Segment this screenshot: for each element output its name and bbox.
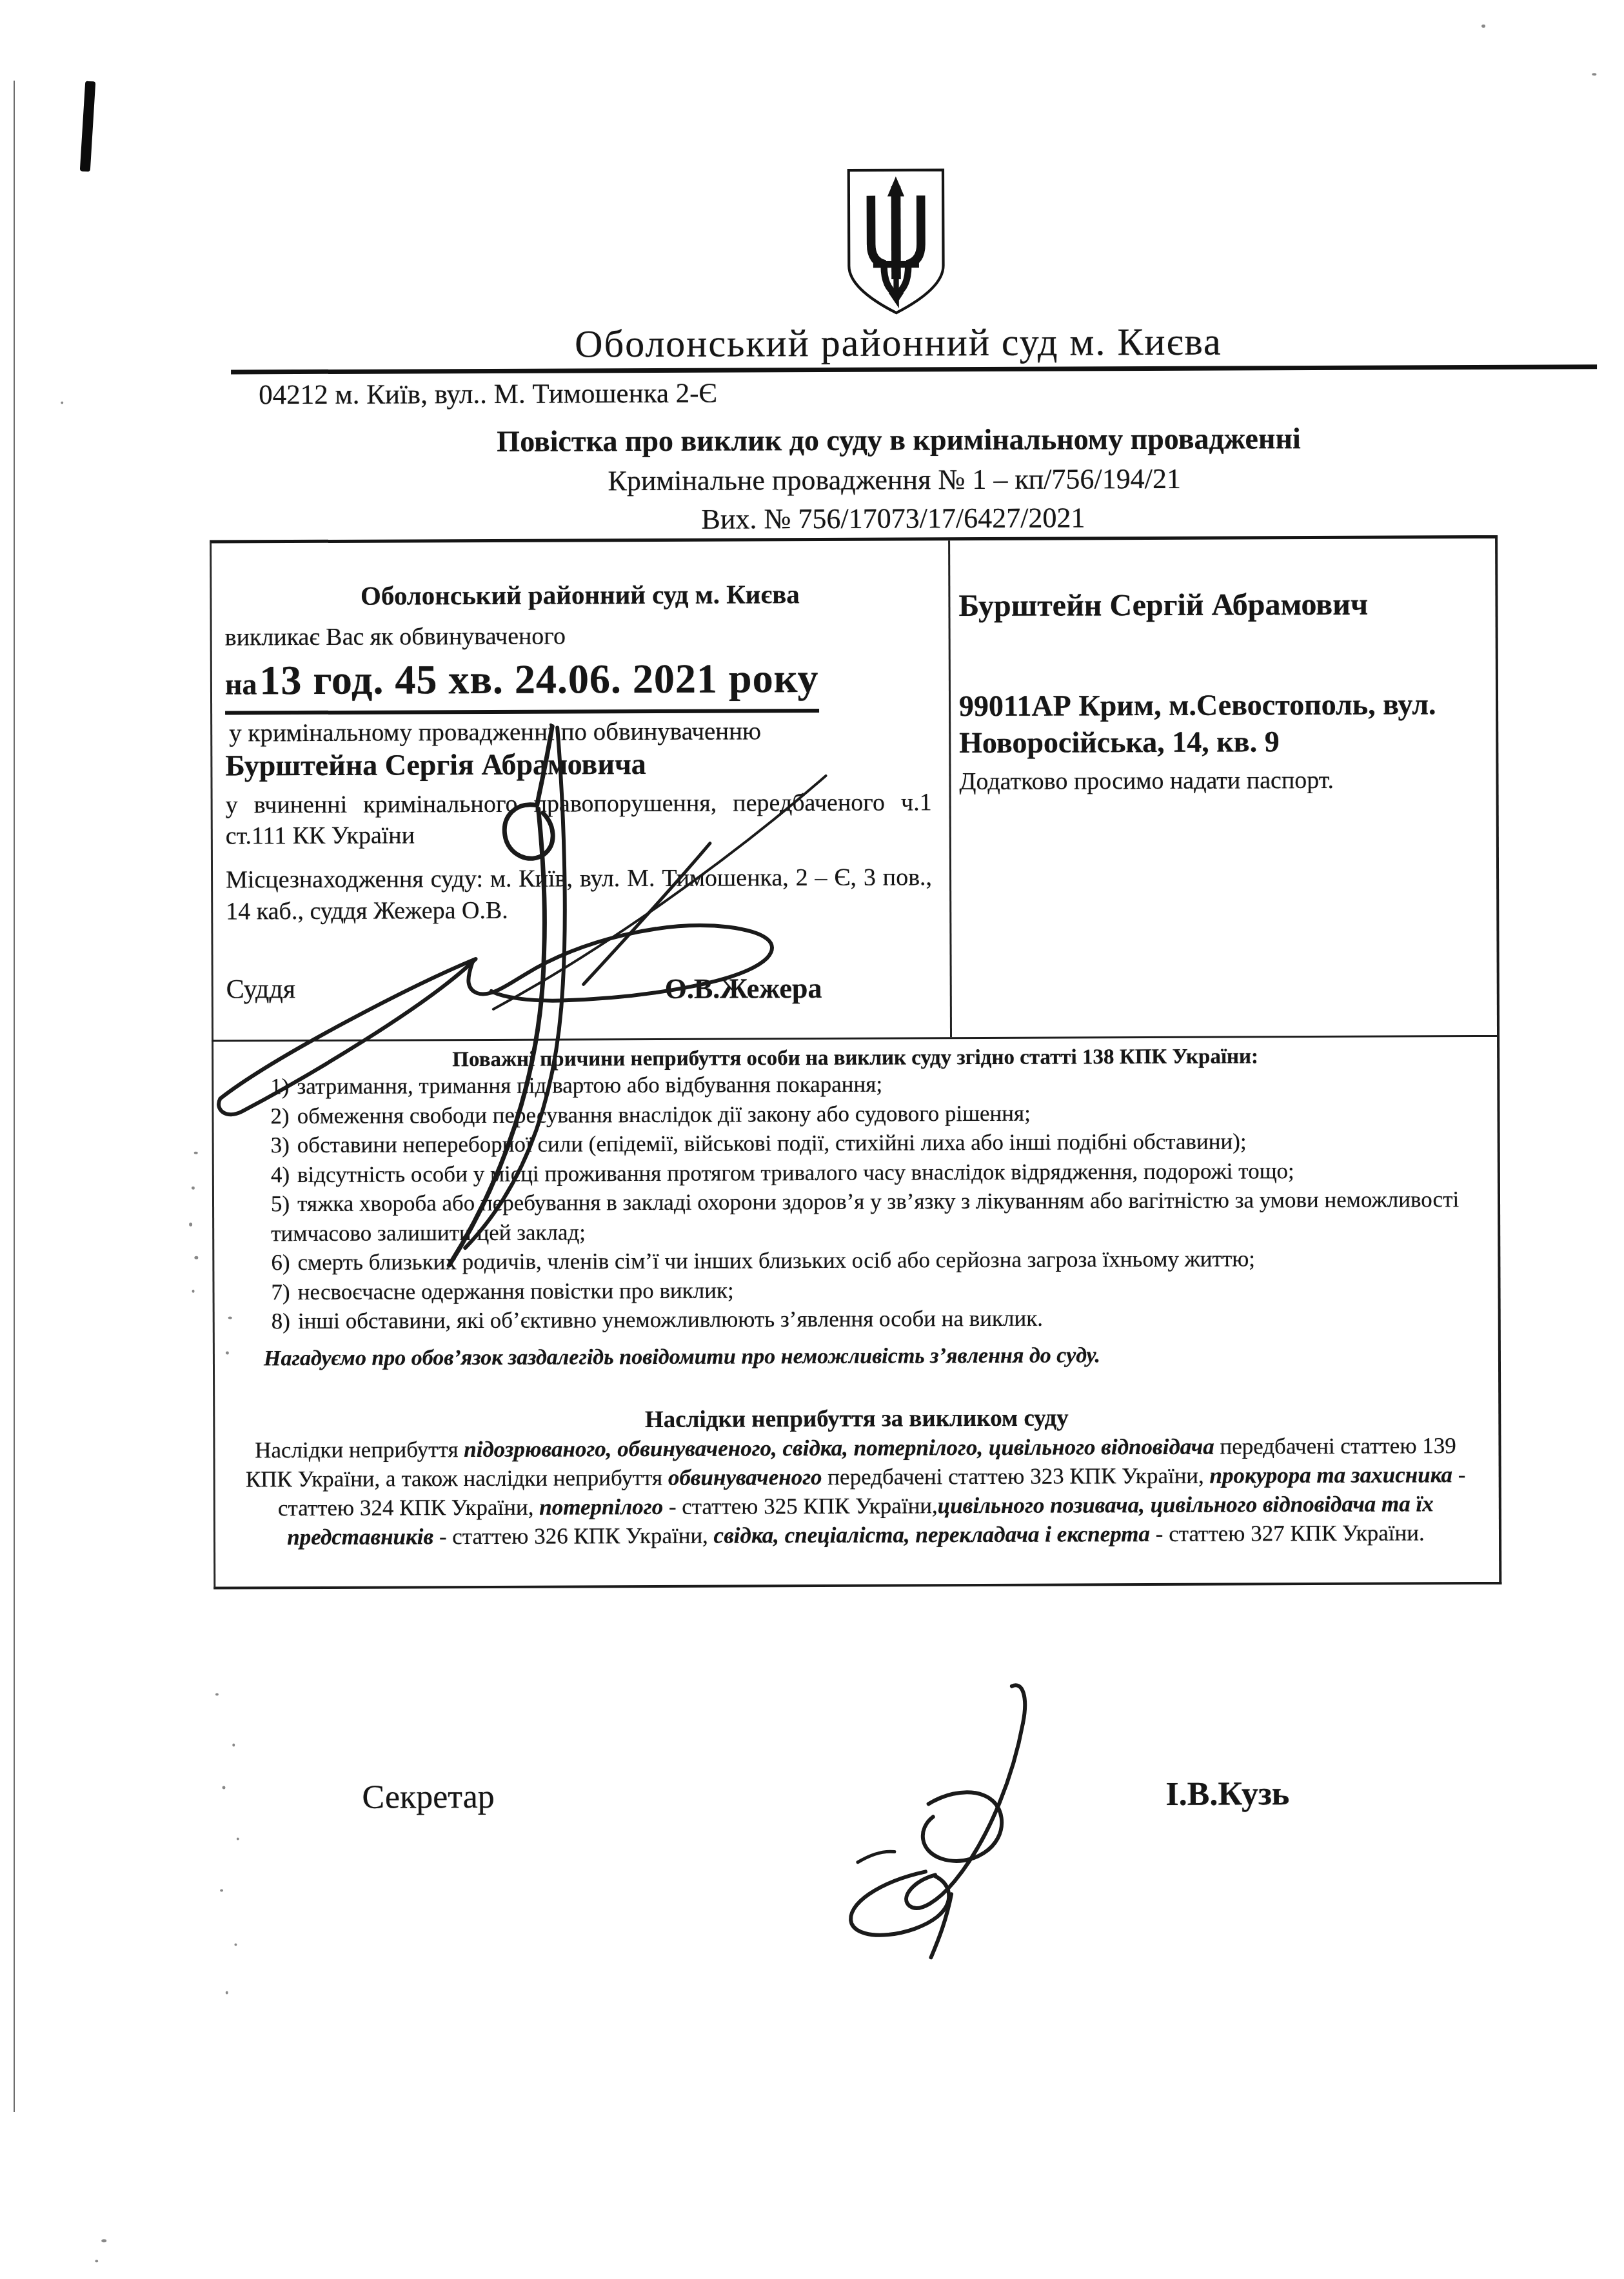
scan-speck bbox=[220, 1889, 223, 1892]
reason-item: 8)інші обставини, які об’єктивно унеможл… bbox=[272, 1302, 1484, 1336]
scan-speck bbox=[237, 1837, 239, 1840]
scan-speck bbox=[1592, 73, 1596, 75]
scan-speck bbox=[192, 1187, 195, 1190]
scan-speck bbox=[226, 1351, 229, 1354]
ukraine-trident-emblem-icon bbox=[842, 166, 951, 317]
scan-speck bbox=[192, 1290, 195, 1293]
passport-note: Додатково просимо надати паспорт. bbox=[959, 765, 1488, 796]
scan-speck bbox=[101, 2239, 106, 2242]
scan-speck bbox=[189, 1223, 192, 1227]
scan-speck bbox=[61, 401, 63, 404]
scan-speck bbox=[222, 1786, 225, 1790]
secretary-label: Секретар bbox=[362, 1778, 494, 1817]
hearing-datetime: на 13 год. 45 хв. 24.06. 2021 року bbox=[225, 655, 819, 715]
masthead-address: 04212 м. Київ, вул.. М. Тимошенка 2-Є bbox=[259, 378, 717, 411]
consequences-paragraph: Наслідки неприбуття підозрюваного, обвин… bbox=[233, 1431, 1478, 1552]
consequences-title: Наслідки неприбуття за викликом суду bbox=[215, 1403, 1498, 1435]
scanned-court-summons-page: Оболонський районний суд м. Києва 04212 … bbox=[0, 0, 1624, 2279]
scan-speck bbox=[215, 1693, 219, 1696]
scan-speck bbox=[1481, 25, 1485, 28]
masthead-court-name: Оболонський районний суд м. Києва bbox=[210, 318, 1587, 368]
secretary-signature bbox=[822, 1668, 1062, 1966]
hearing-datetime-value: 13 год. 45 хв. 24.06. 2021 року bbox=[259, 655, 818, 703]
judge-signature bbox=[212, 705, 987, 1289]
outgoing-number-line: Вих. № 756/17073/17/6427/2021 bbox=[217, 499, 1569, 537]
scan-speck bbox=[95, 2260, 98, 2262]
scan-speck bbox=[228, 1316, 232, 1319]
case-number-line: Кримінальне провадження № 1 – кп/756/194… bbox=[217, 460, 1572, 498]
addressee-address: 99011АР Крим, м.Севостополь, вул. Новоро… bbox=[959, 686, 1501, 761]
summon-as-line: викликає Вас як обвинуваченого bbox=[225, 622, 566, 651]
scan-speck bbox=[194, 1152, 198, 1154]
secretary-name: І.В.Кузь bbox=[1165, 1775, 1289, 1813]
addressee-name: Бурштейн Сергій Абрамович bbox=[958, 586, 1494, 624]
reminder-line: Нагадуємо про обов’язок заздалегідь пові… bbox=[264, 1343, 1100, 1371]
document: Оболонський районний суд м. Києва 04212 … bbox=[0, 0, 1624, 2279]
scan-speck bbox=[194, 1256, 198, 1259]
hearing-datetime-prefix: на bbox=[225, 667, 257, 700]
document-title: Повістка про виклик до суду в кримінальн… bbox=[217, 420, 1580, 459]
summons-court-name: Оболонський районний суд м. Києва bbox=[212, 578, 948, 611]
scan-speck bbox=[226, 1991, 228, 1994]
scan-speck bbox=[234, 1943, 237, 1946]
scan-speck bbox=[232, 1743, 235, 1746]
